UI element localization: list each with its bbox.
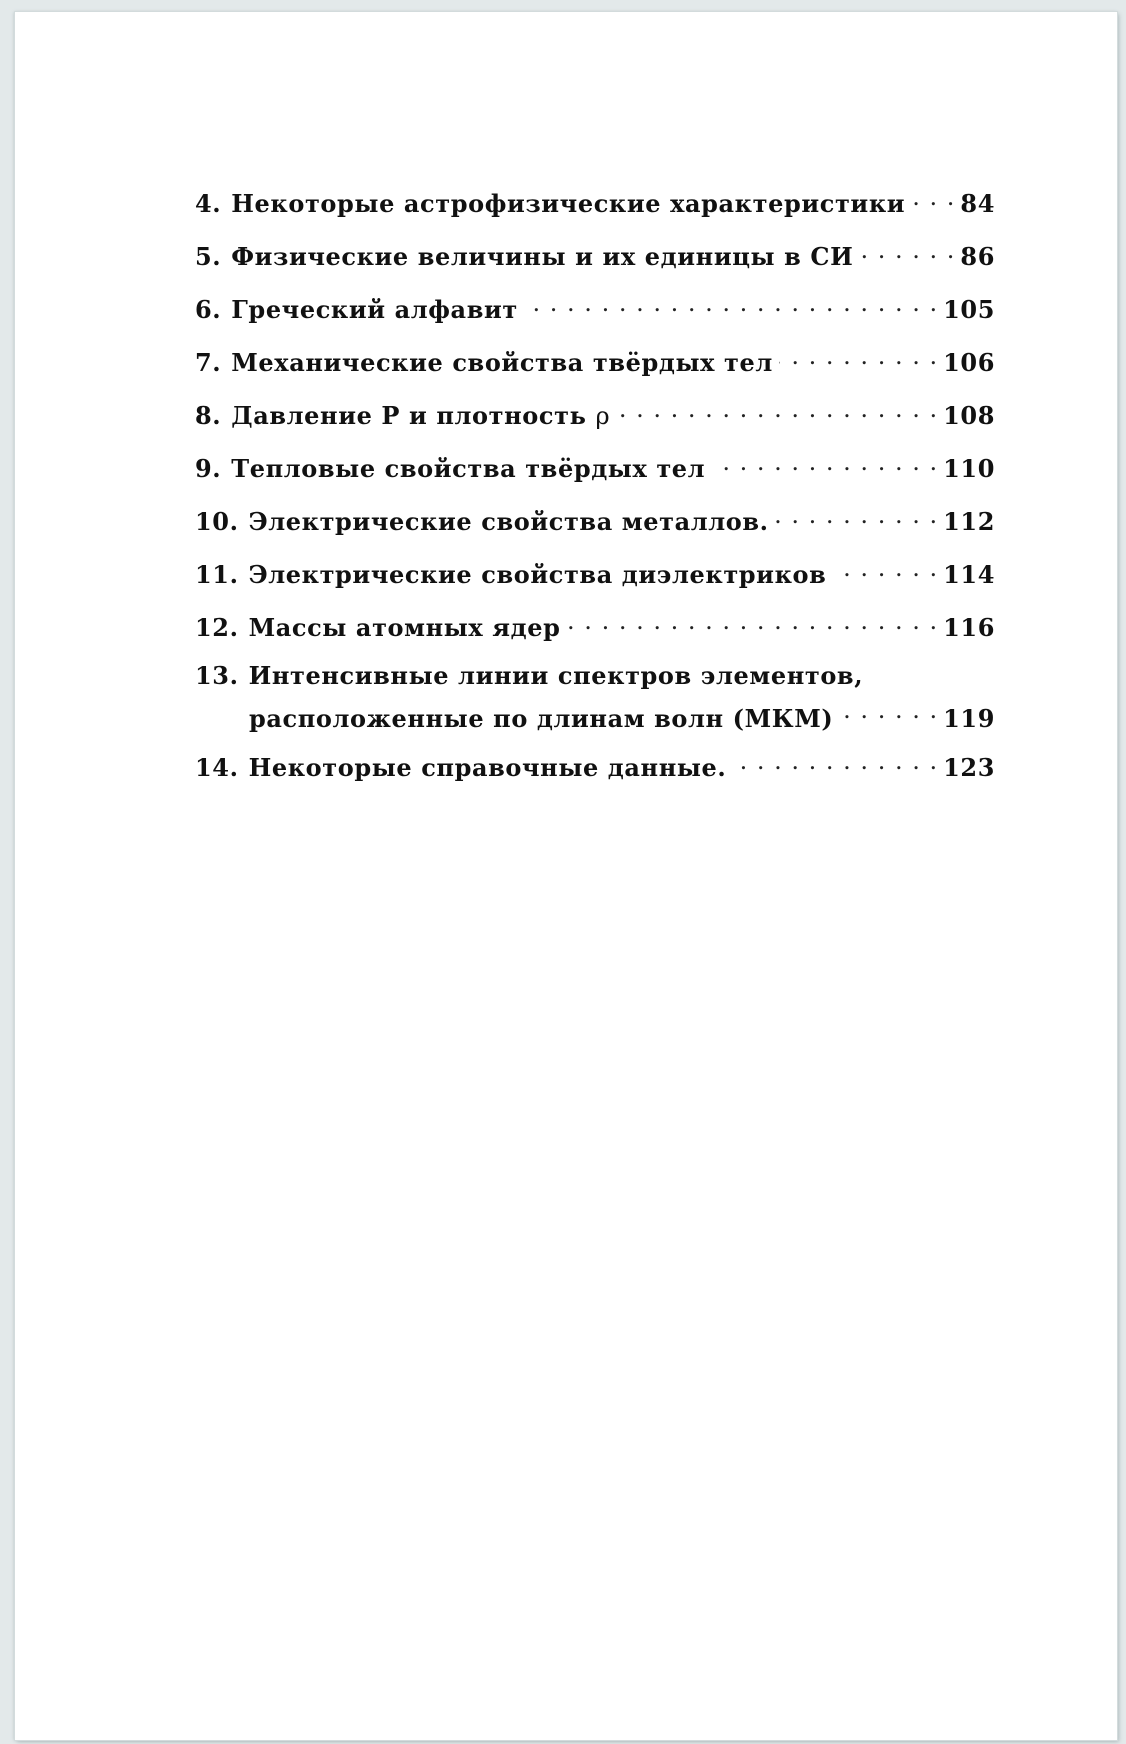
toc-entry-page: 114 [943, 560, 995, 590]
toc-entry-title: Массы атомных ядер [249, 613, 561, 643]
toc-entry[interactable]: 6. Греческий алфавит 105 [195, 288, 995, 341]
dot-leader [775, 500, 937, 530]
dot-leader [779, 341, 937, 371]
toc-entry-page: 123 [943, 753, 995, 783]
toc-entry-page: 110 [943, 454, 995, 484]
toc-entry-page: 116 [943, 613, 995, 643]
toc-entry[interactable]: 5. Физические величины и их единицы в СИ… [195, 235, 995, 288]
toc-entry-page: 84 [960, 189, 995, 219]
toc-entry[interactable]: 8. Давление P и плотность ρ 108 [195, 394, 995, 447]
toc-entry[interactable]: 9. Тепловые свойства твёрдых тел 110 [195, 447, 995, 500]
toc-entry-title: Давление P и плотность ρ [231, 401, 610, 431]
rho-symbol: ρ [595, 402, 610, 430]
toc-entry[interactable]: 11. Электрические свойства диэлектриков … [195, 553, 995, 606]
toc-entry-number: 4. [195, 189, 221, 219]
toc-entry-page: 86 [960, 242, 995, 272]
toc-entry-number: 6. [195, 295, 221, 325]
toc-entry-title: Греческий алфавит [231, 295, 518, 325]
toc-entry-title: Электрические свойства диэлектриков [249, 560, 827, 590]
toc-entry-number: 13. [195, 659, 239, 693]
dot-leader [832, 553, 937, 583]
toc-entry-number: 9. [195, 454, 221, 484]
toc-entry[interactable]: 4. Некоторые астрофизические характерист… [195, 182, 995, 235]
toc-entry[interactable]: 13. Интенсивные линии спектров элементов… [195, 659, 995, 746]
toc-entry-title-line1: Интенсивные линии спектров элементов, [249, 659, 864, 693]
toc-entry-number: 7. [195, 348, 221, 378]
toc-entry-number: 14. [195, 753, 239, 783]
toc-entry-number: 5. [195, 242, 221, 272]
toc-entry-title-text: Давление P и плотность [231, 401, 586, 430]
toc-entry-title: Механические свойства твёрдых тел [231, 348, 773, 378]
dot-leader [911, 182, 954, 212]
toc-entry-page: 105 [943, 295, 995, 325]
toc-entry-title-line2: расположенные по длинам волн (МКМ) [249, 702, 833, 736]
dot-leader [524, 288, 937, 318]
toc-entry-page: 106 [943, 348, 995, 378]
dot-leader [732, 746, 937, 776]
toc-entry-page: 119 [943, 702, 995, 736]
toc-entry[interactable]: 10. Электрические свойства металлов. 112 [195, 500, 995, 553]
toc-entry-title: Электрические свойства металлов. [249, 507, 769, 537]
toc-entry-page: 108 [943, 401, 995, 431]
toc-entry-title: Некоторые астрофизические характеристики [231, 189, 905, 219]
toc-entry-number: 8. [195, 401, 221, 431]
toc-entry-title: Некоторые справочные данные. [249, 753, 727, 783]
toc-entry-page: 112 [943, 507, 995, 537]
dot-leader [566, 606, 937, 636]
toc-entry-number: 12. [195, 613, 239, 643]
toc-entry[interactable]: 14. Некоторые справочные данные. 123 [195, 746, 995, 799]
toc-entry[interactable]: 12. Массы атомных ядер 116 [195, 606, 995, 659]
document-page: 4. Некоторые астрофизические характерист… [15, 12, 1117, 1740]
dot-leader [616, 394, 937, 424]
toc-entry-title: Физические величины и их единицы в СИ [231, 242, 853, 272]
toc-entry[interactable]: 7. Механические свойства твёрдых тел 106 [195, 341, 995, 394]
toc-entry-title: Тепловые свойства твёрдых тел [231, 454, 705, 484]
table-of-contents: 4. Некоторые астрофизические характерист… [195, 182, 995, 799]
toc-entry-number: 10. [195, 507, 239, 537]
dot-leader [839, 693, 937, 727]
toc-entry-number: 11. [195, 560, 239, 590]
dot-leader [711, 447, 937, 477]
dot-leader [859, 235, 954, 265]
